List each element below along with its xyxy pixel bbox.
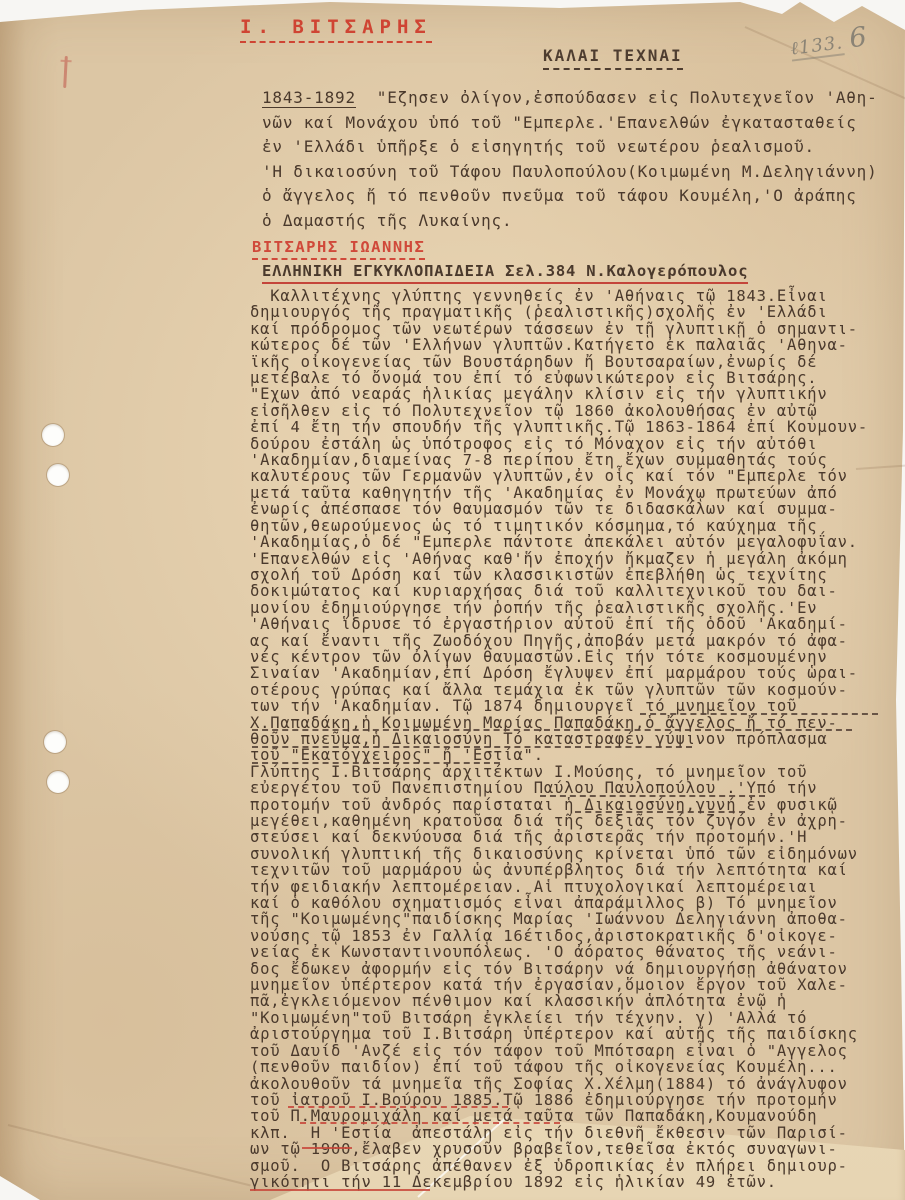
text-line: ἀριστούργημα τοῦ Ι.Βιτσάρη ὑπέρτερον καί…	[250, 1026, 898, 1042]
text-line: νές κέντρον τῶν ὀλίγων θαυμαστῶν.Εἰς τήν…	[250, 649, 898, 665]
text-line: Καλλιτέχνης γλύπτης γεννηθείς ἐν 'Αθήναι…	[250, 288, 898, 304]
text-line: 'Αθήναις ἵδρυσε τό ἐργαστήριον αὐτοῦ ἐπί…	[250, 616, 898, 632]
underline-mark	[300, 1122, 560, 1124]
section-heading: ΚΑΛΑΙ ΤΕΧΝΑΙ	[543, 46, 683, 70]
text-line: στεύσει καί δεκνύουσα διά τῆς ἀριστερᾶς …	[250, 829, 898, 845]
text-line: μεγέθει,καθημένη κρατοῦσα διά τῆς δεξιᾶς…	[250, 813, 898, 829]
text-line: νούσης τῷ 1853 ἐν Γαλλίᾳ 16έτιδος,ἀριστο…	[250, 928, 898, 944]
underline-mark	[540, 795, 765, 797]
text-line: "Κοιμωμένη"τοῦ Βιτσάρη ἐγκλείει τήν τέχν…	[250, 1010, 898, 1026]
text-line: καί ὁ καθόλου σχηματισμός εἶναι ἀπαράμιλ…	[250, 895, 898, 911]
underline-mark	[250, 1189, 430, 1191]
punch-hole	[42, 424, 64, 446]
text-line: πᾶ,ἐγκλειόμενον πένθιμον καί κλασσικήν ἁ…	[250, 993, 898, 1009]
text-line: ας καί ἔναντι τῆς Ζωοδόχου Πηγῆς,ἀποβάν …	[250, 633, 898, 649]
text-line: θοῦν πνεῦμα,ἡ Δικαιοσύνη Τό καταστραφέν …	[250, 731, 898, 747]
text-line: δοκιμώτατος καί κυριαρχήσας διά τοῦ καλλ…	[250, 583, 898, 599]
text-line: 'Ακαδημίας,ὁ δέ "Εμπερλε πάντοτε ἀπεκάλε…	[250, 534, 898, 550]
entry-heading: ΒΙΤΣΑΡΗΣ ΙΩΑΝΝΗΣ	[252, 238, 425, 260]
text-line: τοῦ Δαυίδ 'Ανζέ εἰς τόν τάφον τοῦ Μπότσα…	[250, 1043, 898, 1059]
text-line: 'Ακαδημίαν,διαμείνας 7-8 περίπου ἔτη ἔχω…	[250, 452, 898, 468]
underline-mark	[252, 762, 500, 764]
text-line: εἰσῆλθεν εἰς τό Πολυτεχνεῖον τῷ 1860 ἀκο…	[250, 403, 898, 419]
text-line: δημιουργός τῆς πραγματικῆς (ῥεαλιστικῆς)…	[250, 304, 898, 320]
strike-mark	[302, 1147, 352, 1149]
text-line: "Εχων ἀπό νεαράς ἡλικίας μεγάλην κλίσιν …	[250, 386, 898, 402]
text-line: ἐπί 4 ἔτη τήν σπουδήν τῆς γλυπτικῆς.Τῷ 1…	[250, 419, 898, 435]
text-line: καί πρόδρομος τῶν νεωτέρων τάσσεων ἐν τῇ…	[250, 321, 898, 337]
text-line: 'Η δικαιοσύνη τοῦ Τάφου Παυλοπούλου(Κοιμ…	[262, 160, 892, 185]
text-line: θητῶν,θεωρούμενος ὡς τό τιμητικόν κόσμημ…	[250, 518, 898, 534]
punch-hole	[47, 771, 69, 793]
source-heading: ΕΛΛΗΝΙΚΗ ΕΓΚΥΚΛΟΠΑΙΔΕΙΑ Σελ.384 Ν.Καλογε…	[262, 262, 748, 284]
underline-mark	[252, 729, 852, 731]
underline-mark	[288, 1106, 508, 1108]
text-line: νείας ἐκ Κωνσταντινουπόλεως. 'Ο ἀόρατος …	[250, 944, 898, 960]
text-line: μετέβαλε τό ὄνομά του ἐπί τό εὐφωνικώτερ…	[250, 370, 898, 386]
intro-lines: νῶν καί Μονάχου ὑπό τοῦ "Εμπερλε.'Επανελ…	[262, 111, 892, 234]
text-line: τεχνιτῶν τοῦ μαρμάρου ὡς ἀνυπέρβλητος δι…	[250, 862, 898, 878]
text-line: σχολή τοῦ Δρόση καί τῶν κλασσικιστῶν ἐπε…	[250, 567, 898, 583]
text-line: μετά ταῦτα καθηγητήν τῆς 'Ακαδημίας ἐν Μ…	[250, 485, 898, 501]
body-text: Καλλιτέχνης γλύπτης γεννηθείς ἐν 'Αθήναι…	[250, 288, 898, 1190]
text-line: δος ἔδωκεν ἀφορμήν εἰς τόν Βιτσάρην νά δ…	[250, 961, 898, 977]
punch-hole	[47, 464, 69, 486]
text-line: οτέρους γρύπας καί ἄλλα τεμάχια ἐκ τῶν γ…	[250, 682, 898, 698]
text-line: Γλύπτης Ι.Βιτσάρης ἀρχιτέκτων Ι.Μούσης, …	[250, 764, 898, 780]
punch-hole	[44, 731, 66, 753]
document-title: Ι. ΒΙΤΣΑΡΗΣ	[240, 16, 432, 43]
text-line: κώτερος δέ τῶν 'Ελλήνων γλυπτῶν.Κατήγετο…	[250, 337, 898, 353]
underline-mark	[640, 713, 878, 715]
text-line: δούρου ἐστάλη ὡς ὑπότροφος εἰς τό Μόναχο…	[250, 436, 898, 452]
text-line: ων τῷ 1900,ἔλαβεν χρυσοῦν βραβεῖον,τεθεῖ…	[250, 1141, 898, 1157]
text-line: καλυτέρους τῶν Γερμανῶν γλυπτῶν,ἐν οἷς κ…	[250, 468, 898, 484]
text-line: Σιναίαν 'Ακαδημίαν,ἐπί Δρόση ἔγλυψεν ἐπί…	[250, 665, 898, 681]
text-line: 'Επανελθών εἰς 'Αθήνας καθ'ἥν ἐποχήν ἤκμ…	[250, 551, 898, 567]
text-line: ἐνωρίς ἀπέσπασε τόν θαυμασμόν τῶν τε διδ…	[250, 501, 898, 517]
text-line: τήν φειδιακήν λεπτομέρειαν. Αἱ πτυχολογι…	[250, 879, 898, 895]
text-line: προτομήν τοῦ ἀνδρός παρίσταται ἡ Δικαιοσ…	[250, 797, 898, 813]
text-line: "Εζησεν ὀλίγον,ἐσπούδασεν εἰς Πολυτεχνεῖ…	[356, 88, 878, 107]
text-line: ἀκολουθοῦν τά μνημεῖα τῆς Σοφίας Χ.Χέλμη…	[250, 1076, 898, 1092]
text-line: σμοῦ. Ο Βιτσάρης ἀπέθανεν ἐξ ὑδροπικίας …	[250, 1158, 898, 1174]
text-line: γικότητι τήν 11 Δεκεμβρίου 1892 εἰς ἡλικ…	[250, 1174, 898, 1190]
text-line: μνημεῖον ὑπέρτερον κατά τήν ἐργασίαν,ὅμο…	[250, 977, 898, 993]
intro-paragraph: 1843-1892 "Εζησεν ὀλίγον,ἐσπούδασεν εἰς …	[262, 86, 892, 234]
text-line: μονίου ἐδημιούργησε τήν ῥοπήν τῆς ῥεαλισ…	[250, 600, 898, 616]
text-line: ϊκῆς οἰκογενείας τῶν Βουστάρηδων ἤ Βουτσ…	[250, 354, 898, 370]
text-line: ὁ ἄγγελος ἤ τό πενθοῦν πνεῦμα τοῦ τάφου …	[262, 184, 892, 209]
text-line: 1843-1892 "Εζησεν ὀλίγον,ἐσπούδασεν εἰς …	[262, 86, 892, 111]
annotation-number: 6	[848, 21, 869, 54]
underline-mark	[575, 811, 745, 813]
text-line: τῆς "Κοιμωμένης"παιδίσκης Μαρίας 'Ιωάννο…	[250, 911, 898, 927]
text-line: (πενθοῦν παιδίον) ἐπί τοῦ τάφου τῆς οἰκο…	[250, 1059, 898, 1075]
text-line: συνολική γλυπτική τῆς δικαιοσύνης κρίνετ…	[250, 846, 898, 862]
dates-range: 1843-1892	[262, 88, 356, 108]
text-line: ἐν 'Ελλάδι ὑπῆρξε ὁ εἰσηγητής τοῦ νεωτέρ…	[262, 135, 892, 160]
underline-mark	[252, 746, 692, 748]
text-line: νῶν καί Μονάχου ὑπό τοῦ "Εμπερλε.'Επανελ…	[262, 111, 892, 136]
text-line: ὁ Δαμαστής τῆς Λυκαίνης.	[262, 209, 892, 234]
text-line: κλπ. Η 'Εστία ἀπεστάλη εἰς τήν διεθνῆ ἔκ…	[250, 1125, 898, 1141]
